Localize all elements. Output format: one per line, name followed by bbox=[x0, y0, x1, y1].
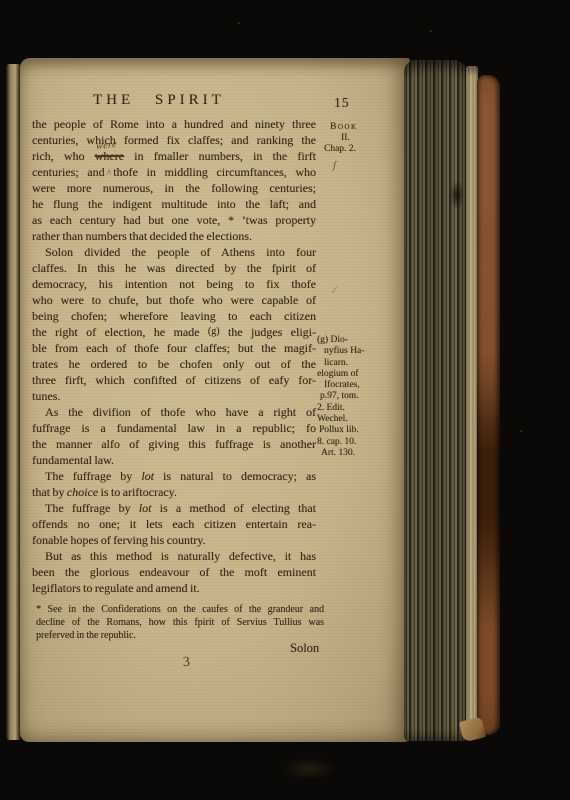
text-line: rather than numbers that decided the ele… bbox=[32, 228, 316, 244]
text-line: fuffrage is a fundamental law in a repub… bbox=[32, 420, 316, 436]
margin-note-book: Book bbox=[330, 122, 358, 133]
text-line: offends no one; it lets each citizen ent… bbox=[32, 516, 316, 532]
press-figure: 3 bbox=[183, 655, 191, 671]
insertion-caret: ^ bbox=[107, 167, 111, 179]
dust-speck bbox=[520, 430, 522, 432]
text-line: were more numerous, in the following cen… bbox=[32, 180, 316, 196]
margin-citation-line: (g) Dio- bbox=[317, 335, 391, 346]
margin-citation-line: Pollux lib. bbox=[317, 425, 391, 436]
hand-correction: were bbox=[95, 137, 117, 156]
fore-edge-shading bbox=[404, 60, 468, 741]
text-line: the people of Rome into a hundred and ni… bbox=[32, 116, 316, 132]
margin-note-citation: (g) Dio-nyfius Ha-licarn.elogium ofIfocr… bbox=[317, 335, 391, 459]
text-line: fundamental law. bbox=[32, 452, 316, 468]
margin-citation-line: Art. 130. bbox=[317, 448, 391, 459]
catchword: Solon bbox=[290, 641, 319, 656]
margin-citation-line: Wechel. bbox=[317, 414, 391, 425]
body-text: the people of Rome into a hundred and ni… bbox=[32, 116, 316, 596]
text-line: who were to chufe, but thofe who were ca… bbox=[32, 292, 316, 308]
margin-note-book-number: II. bbox=[341, 133, 350, 144]
text-line: ble from each of thofe four claffes; but… bbox=[32, 340, 316, 356]
text-line: being chofen; wherefore leaving to each … bbox=[32, 308, 316, 324]
running-title: THE SPIRIT bbox=[93, 92, 225, 109]
text-line: centuries; and thofe in middling circumf… bbox=[32, 164, 316, 180]
struck-word: wherewere bbox=[95, 148, 124, 164]
text-line: claffes. In this he was directed by the … bbox=[32, 260, 316, 276]
margin-note-chapter: Chap. 2. bbox=[324, 144, 356, 155]
text-line: rich, who wherewere in fmaller numbers, … bbox=[32, 148, 316, 164]
text-line: democracy, his intention not being to fi… bbox=[32, 276, 316, 292]
text-line: Solon divided the people of Athens into … bbox=[32, 244, 316, 260]
text-line: As the divifion of thofe who have a righ… bbox=[32, 404, 316, 420]
left-page-edge bbox=[6, 64, 20, 740]
text-line: fonable hopes of ferving his country. bbox=[32, 532, 316, 548]
text-line: But as this method is naturally defectiv… bbox=[32, 548, 316, 564]
margin-citation-line: Ifocrates, bbox=[317, 380, 391, 391]
footnote-line: decline of the Romans, how this fpirit o… bbox=[36, 616, 324, 629]
text-line: he flung the indigent multitude into the… bbox=[32, 196, 316, 212]
ink-flourish-mark: ʃ bbox=[333, 159, 336, 171]
text-line: the right of election, he made (g) the j… bbox=[32, 324, 316, 340]
book-scan: THE SPIRIT 15 the people of Rome into a … bbox=[0, 0, 570, 800]
text-line: The fuffrage by lot is natural to democr… bbox=[32, 468, 316, 484]
margin-citation-line: 8. cap. 10. bbox=[317, 437, 391, 448]
text-line: as each century had but one vote, * ’twa… bbox=[32, 212, 316, 228]
text-line: three firft, which confifted of citizens… bbox=[32, 372, 316, 388]
text-line: legiflators to regulate and amend it. bbox=[32, 580, 316, 596]
text-line: tunes. bbox=[32, 388, 316, 404]
page-number: 15 bbox=[334, 95, 350, 111]
pencil-checkmark: ✓ bbox=[329, 282, 341, 298]
dust-speck bbox=[238, 22, 240, 24]
margin-citation-line: nyfius Ha- bbox=[317, 346, 391, 357]
text-line: trates he ordered to be chofen only out … bbox=[32, 356, 316, 372]
paper-stain bbox=[282, 758, 336, 780]
margin-citation-line: licarn. bbox=[317, 358, 391, 369]
dust-speck bbox=[430, 30, 432, 32]
text-line: The fuffrage by lot is a method of elect… bbox=[32, 500, 316, 516]
fore-edge-spot bbox=[450, 180, 464, 210]
fore-edge-pages bbox=[404, 60, 468, 741]
margin-citation-line: p.97, tom. bbox=[317, 391, 391, 402]
text-line: that by choice is to ariftocracy. bbox=[32, 484, 316, 500]
margin-citation-line: elogium of bbox=[317, 369, 391, 380]
text-line: the manner alfo of giving this fuffrage … bbox=[32, 436, 316, 452]
footnote-line: * See in the Confiderations on the caufe… bbox=[36, 603, 324, 616]
margin-citation-line: 2. Edit. bbox=[317, 403, 391, 414]
leather-cover bbox=[477, 75, 500, 735]
text-line: been the glorious endeavour of the moft … bbox=[32, 564, 316, 580]
footnote: * See in the Confiderations on the caufe… bbox=[36, 603, 324, 643]
footnote-line: preferved in the republic. bbox=[36, 629, 324, 642]
text-line: centuries, which formed fix claffes; and… bbox=[32, 132, 316, 148]
